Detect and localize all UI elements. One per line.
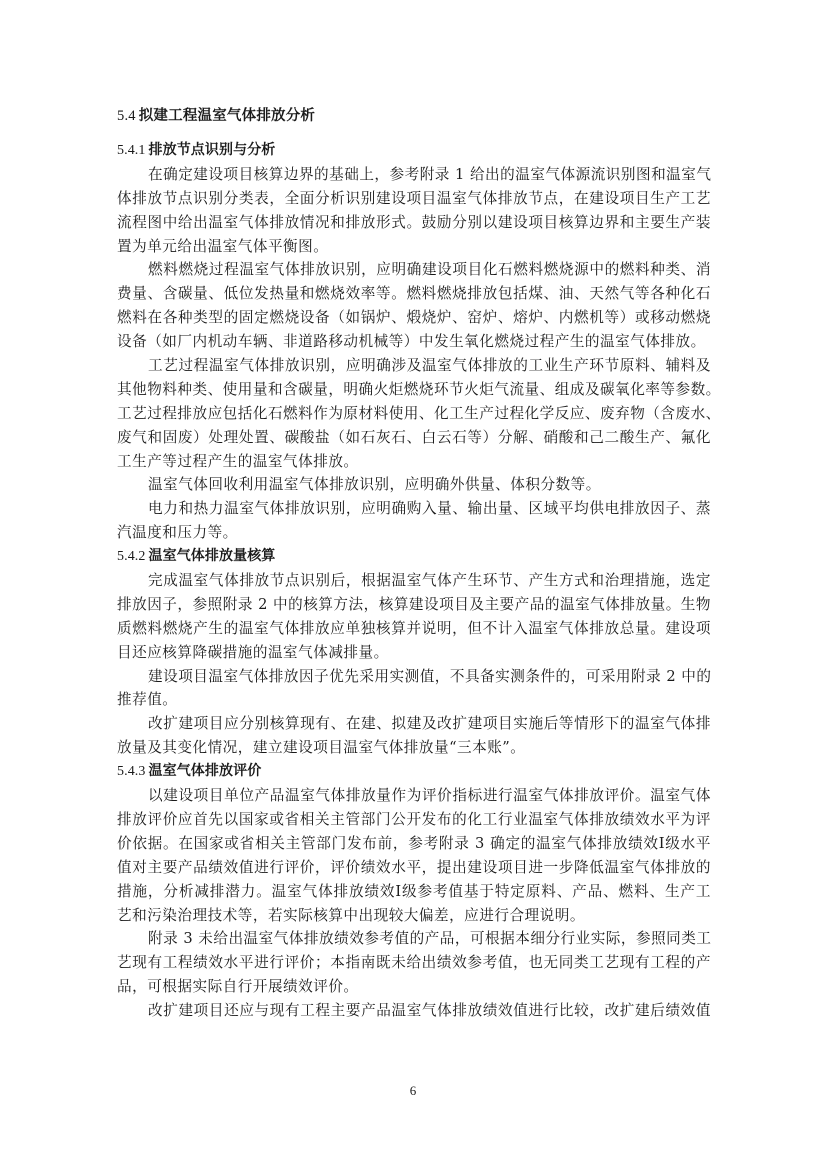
heading-title: 温室气体排放评价 [149, 763, 262, 779]
paragraph-line: 完成温室气体排放节点识别后，根据温室气体产生环节、产生方式和治理措施，选定 [117, 569, 711, 593]
paragraph-line: 排放评价应首先以国家或省相关主管部门公开发布的化工行业温室气体排放绩效水平为评 [117, 808, 711, 832]
heading-title: 温室气体排放量核算 [149, 548, 276, 564]
paragraph-line: 设备（如厂内机动车辆、非道路移动机械等）中发生氧化燃烧过程产生的温室气体排放。 [117, 330, 711, 354]
paragraph-line: 废气和固废）处理处置、碳酸盐（如石灰石、白云石等）分解、硝酸和己二酸生产、氟化 [117, 426, 711, 450]
paragraph-line: 价依据。在国家或省相关主管部门发布前，参考附录 3 确定的温室气体排放绩效Ⅰ级水… [117, 832, 711, 856]
subsection-heading: 5.4.1排放节点识别与分析 [117, 139, 711, 163]
paragraph: 完成温室气体排放节点识别后，根据温室气体产生环节、产生方式和治理措施，选定排放因… [117, 569, 711, 665]
paragraph: 电力和热力温室气体排放识别，应明确购入量、输出量、区域平均供电排放因子、蒸汽温度… [117, 497, 711, 545]
paragraph-line: 其他物料种类、使用量和含碳量，明确火炬燃烧环节火炬气流量、组成及碳氧化率等参数。 [117, 378, 711, 402]
paragraph-line: 品，可根据实际自行开展绩效评价。 [117, 975, 711, 999]
paragraph-line: 值对主要产品绩效值进行评价，评价绩效水平，提出建设项目进一步降低温室气体排放的 [117, 856, 711, 880]
paragraph: 改扩建项目应分别核算现有、在建、拟建及改扩建项目实施后等情形下的温室气体排放量及… [117, 712, 711, 760]
document-page: 5.4拟建工程温室气体排放分析5.4.1排放节点识别与分析在确定建设项目核算边界… [117, 104, 711, 1023]
paragraph-line: 艺现有工程绩效水平进行评价；本指南既未给出绩效参考值，也无同类工艺现有工程的产 [117, 951, 711, 975]
paragraph-line: 目还应核算降碳措施的温室气体减排量。 [117, 641, 711, 665]
subsection-heading: 5.4.3温室气体排放评价 [117, 760, 711, 784]
paragraph: 燃料燃烧过程温室气体排放识别，应明确建设项目化石燃料燃烧源中的燃料种类、消费量、… [117, 258, 711, 354]
paragraph-line: 费量、含碳量、低位发热量和燃烧效率等。燃料燃烧排放包括煤、油、天然气等各种化石 [117, 282, 711, 306]
paragraph-line: 置为单元给出温室气体平衡图。 [117, 235, 711, 259]
paragraph: 工艺过程温室气体排放识别，应明确涉及温室气体排放的工业生产环节原料、辅料及其他物… [117, 354, 711, 473]
paragraph-line: 工生产等过程产生的温室气体排放。 [117, 450, 711, 474]
heading-number: 5.4.2 [117, 549, 146, 564]
paragraph-line: 温室气体回收利用温室气体排放识别，应明确外供量、体积分数等。 [117, 473, 711, 497]
paragraph-line: 燃料燃烧过程温室气体排放识别，应明确建设项目化石燃料燃烧源中的燃料种类、消 [117, 258, 711, 282]
paragraph-line: 改扩建项目还应与现有工程主要产品温室气体排放绩效值进行比较，改扩建后绩效值 [117, 999, 711, 1023]
heading-title: 拟建工程温室气体排放分析 [139, 108, 315, 124]
paragraph-line: 在确定建设项目核算边界的基础上，参考附录 1 给出的温室气体源流识别图和温室气 [117, 163, 711, 187]
paragraph-line: 质燃料燃烧产生的温室气体排放应单独核算并说明，但不计入温室气体排放总量。建设项 [117, 617, 711, 641]
paragraph-line: 推荐值。 [117, 688, 711, 712]
paragraph-line: 艺和污染治理技术等，若实际核算中出现较大偏差，应进行合理说明。 [117, 904, 711, 928]
paragraph-line: 放量及其变化情况，建立建设项目温室气体排放量“三本账”。 [117, 736, 711, 760]
subsection-heading: 5.4.2温室气体排放量核算 [117, 545, 711, 569]
paragraph: 附录 3 未给出温室气体排放绩效参考值的产品，可根据本细分行业实际，参照同类工艺… [117, 927, 711, 999]
heading-number: 5.4.1 [117, 143, 146, 158]
paragraph-line: 建设项目温室气体排放因子优先采用实测值，不具备实测条件的，可采用附录 2 中的 [117, 665, 711, 689]
paragraph-line: 燃料在各种类型的固定燃烧设备（如锅炉、煅烧炉、窑炉、熔炉、内燃机等）或移动燃烧 [117, 306, 711, 330]
heading-number: 5.4 [117, 108, 136, 124]
heading-number: 5.4.3 [117, 764, 146, 779]
paragraph-line: 附录 3 未给出温室气体排放绩效参考值的产品，可根据本细分行业实际，参照同类工 [117, 927, 711, 951]
paragraph-line: 措施，分析减排潜力。温室气体排放绩效Ⅰ级参考值基于特定原料、产品、燃料、生产工 [117, 880, 711, 904]
heading-title: 排放节点识别与分析 [149, 142, 276, 158]
paragraph-line: 电力和热力温室气体排放识别，应明确购入量、输出量、区域平均供电排放因子、蒸 [117, 497, 711, 521]
paragraph: 温室气体回收利用温室气体排放识别，应明确外供量、体积分数等。 [117, 473, 711, 497]
paragraph: 改扩建项目还应与现有工程主要产品温室气体排放绩效值进行比较，改扩建后绩效值 [117, 999, 711, 1023]
paragraph-line: 以建设项目单位产品温室气体排放量作为评价指标进行温室气体排放评价。温室气体 [117, 784, 711, 808]
paragraph-line: 流程图中给出温室气体排放情况和排放形式。鼓励分别以建设项目核算边界和主要生产装 [117, 211, 711, 235]
paragraph: 以建设项目单位产品温室气体排放量作为评价指标进行温室气体排放评价。温室气体排放评… [117, 784, 711, 927]
paragraph-line: 汽温度和压力等。 [117, 521, 711, 545]
paragraph-line: 改扩建项目应分别核算现有、在建、拟建及改扩建项目实施后等情形下的温室气体排 [117, 712, 711, 736]
paragraph: 建设项目温室气体排放因子优先采用实测值，不具备实测条件的，可采用附录 2 中的推… [117, 665, 711, 713]
paragraph-line: 体排放节点识别分类表，全面分析识别建设项目温室气体排放节点，在建设项目生产工艺 [117, 187, 711, 211]
paragraph-line: 工艺过程温室气体排放识别，应明确涉及温室气体排放的工业生产环节原料、辅料及 [117, 354, 711, 378]
page-number: 6 [0, 1083, 826, 1099]
paragraph-line: 排放因子，参照附录 2 中的核算方法，核算建设项目及主要产品的温室气体排放量。生… [117, 593, 711, 617]
paragraph: 在确定建设项目核算边界的基础上，参考附录 1 给出的温室气体源流识别图和温室气体… [117, 163, 711, 259]
paragraph-line: 工艺过程排放应包括化石燃料作为原材料使用、化工生产过程化学反应、废弃物（含废水、 [117, 402, 711, 426]
section-heading: 5.4拟建工程温室气体排放分析 [117, 104, 711, 128]
